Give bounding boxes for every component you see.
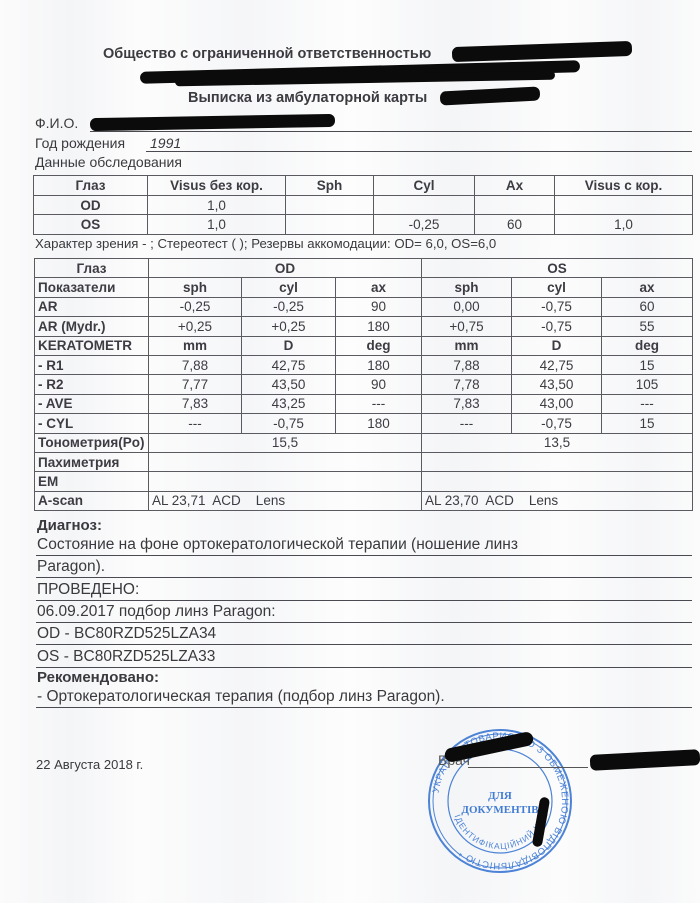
em-row: EM xyxy=(35,472,693,491)
measurement-value: 7,77 xyxy=(149,375,242,394)
organization-prefix: Общество с ограниченной ответственностью xyxy=(103,46,431,62)
measurement-label: AR (Mydr.) xyxy=(35,317,149,336)
measurements-od-label: OD xyxy=(149,259,422,278)
measurements-row: KERATOMETRmmDdegmmDdeg xyxy=(35,336,693,355)
indicators-label: Показатели xyxy=(35,278,149,297)
em-label: EM xyxy=(35,472,149,491)
measurement-label: - R2 xyxy=(35,375,149,394)
measurement-value: --- xyxy=(149,414,242,433)
visus-header-ax: Ax xyxy=(475,176,555,196)
visus-eye-os: OS xyxy=(34,215,148,235)
measurement-value: +0,25 xyxy=(242,317,336,336)
visus-od-corrected xyxy=(555,195,693,215)
measurement-value: 180 xyxy=(336,317,422,336)
measurement-value: -0,75 xyxy=(512,317,602,336)
visus-header-cyl: Cyl xyxy=(374,176,475,196)
measurement-value: --- xyxy=(422,414,512,433)
visus-row-od: OD 1,0 xyxy=(34,195,693,215)
measurement-value: +0,25 xyxy=(149,317,242,336)
visus-header-corrected: Visus с кор. xyxy=(555,176,693,196)
visus-os-ax: 60 xyxy=(475,215,555,235)
name-underline xyxy=(90,131,692,132)
measurement-value: 7,83 xyxy=(149,394,242,413)
measurements-row: - CYL----0,75180----0,7515 xyxy=(35,414,693,433)
tonometry-od: 15,5 xyxy=(149,433,422,452)
tonometry-os: 13,5 xyxy=(422,433,693,452)
measurements-row: AR (Mydr.)+0,25+0,25180+0,75-0,7555 xyxy=(35,317,693,336)
document-title-text: Выписка из амбулаторной карты xyxy=(188,90,427,106)
measurement-value: -0,75 xyxy=(242,414,336,433)
visus-table: Глаз Visus без кор. Sph Cyl Ax Visus с к… xyxy=(33,175,693,235)
measurement-value: -0,25 xyxy=(242,297,336,316)
birth-year-value: 1991 xyxy=(150,135,181,151)
em-os xyxy=(422,472,693,491)
measurements-row: AR-0,25-0,25900,00-0,7560 xyxy=(35,297,693,316)
text-line: - Ортокератологическая терапия (подбор л… xyxy=(36,687,692,708)
measurement-label: KERATOMETR xyxy=(35,336,149,355)
birth-year-underline xyxy=(146,151,692,152)
pachymetry-os xyxy=(422,452,693,471)
measurements-eye-label: Глаз xyxy=(35,259,149,278)
measurement-value: 15 xyxy=(602,355,693,374)
measurement-value: 42,75 xyxy=(242,355,336,374)
measurement-value: -0,75 xyxy=(512,414,602,433)
subheader-os-sph: sph xyxy=(422,278,512,297)
signature-line xyxy=(468,767,588,768)
visus-header-sph: Sph xyxy=(286,176,374,196)
redacted-organization-name xyxy=(452,41,632,62)
measurement-value: 43,25 xyxy=(242,394,336,413)
measurements-os-label: OS xyxy=(422,259,693,278)
visus-header-eye: Глаз xyxy=(34,176,148,196)
text-line: OS - BC80RZD525LZA33 xyxy=(36,647,692,668)
em-od xyxy=(149,472,422,491)
measurements-row: - AVE7,8343,25---7,8343,00--- xyxy=(35,394,693,413)
measurement-value: 0,00 xyxy=(422,297,512,316)
measurement-label: - CYL xyxy=(35,414,149,433)
document-date: 22 Августа 2018 г. xyxy=(36,757,143,772)
measurement-value: 105 xyxy=(602,375,693,394)
visus-od-ax xyxy=(475,195,555,215)
subheader-od-cyl: cyl xyxy=(242,278,336,297)
ascan-row: A-scan AL 23,71 ACD Lens AL 23,70 ACD Le… xyxy=(35,491,693,510)
visus-row-os: OS 1,0 -0,25 60 1,0 xyxy=(34,215,693,235)
subheader-os-cyl: cyl xyxy=(512,278,602,297)
organization-heading: Общество с ограниченной ответственностью xyxy=(103,46,431,62)
visus-od-sph xyxy=(286,195,374,215)
visus-os-sph xyxy=(286,215,374,235)
stamp-center-line2: ДОКУМЕНТІВ xyxy=(461,804,539,816)
measurement-value: 43,50 xyxy=(512,375,602,394)
tonometry-label: Тонометрия(Po) xyxy=(35,433,149,452)
measurement-value: 90 xyxy=(336,297,422,316)
ascan-os: AL 23,70 ACD Lens xyxy=(422,491,693,510)
tonometry-row: Тонометрия(Po) 15,5 13,5 xyxy=(35,433,693,452)
redacted-patient-name xyxy=(90,114,335,131)
measurement-value: 7,83 xyxy=(422,394,512,413)
visus-header-uncorrected: Visus без кор. xyxy=(148,176,286,196)
measurement-value: 90 xyxy=(336,375,422,394)
measurement-value: 43,00 xyxy=(512,394,602,413)
subheader-od-sph: sph xyxy=(149,278,242,297)
text-line: 06.09.2017 подбор линз Paragon: xyxy=(36,602,692,623)
visus-od-uncorrected: 1,0 xyxy=(148,195,286,215)
visus-od-cyl xyxy=(374,195,475,215)
birth-year-label: Год рождения xyxy=(35,135,125,151)
redacted-doctor-name xyxy=(590,749,700,771)
visus-os-uncorrected: 1,0 xyxy=(148,215,286,235)
measurement-value: -0,25 xyxy=(149,297,242,316)
visus-header-row: Глаз Visus без кор. Sph Cyl Ax Visus с к… xyxy=(34,176,693,196)
visus-os-corrected: 1,0 xyxy=(555,215,693,235)
ascan-label: A-scan xyxy=(35,491,149,510)
ascan-od: AL 23,71 ACD Lens xyxy=(149,491,422,510)
measurements-row: - R17,8842,751807,8842,7515 xyxy=(35,355,693,374)
text-line: Состояние на фоне ортокератологической т… xyxy=(36,535,692,556)
pachymetry-od xyxy=(149,452,422,471)
measurement-value: +0,75 xyxy=(422,317,512,336)
measurement-value: 7,78 xyxy=(422,375,512,394)
measurement-value: 55 xyxy=(602,317,693,336)
measurement-value: 60 xyxy=(602,297,693,316)
document-title: Выписка из амбулаторной карты xyxy=(188,90,427,106)
recommendation-heading: Рекомендовано: xyxy=(37,669,159,686)
measurement-label: - R1 xyxy=(35,355,149,374)
measurements-eye-row: Глаз OD OS xyxy=(35,259,693,278)
measurement-label: AR xyxy=(35,297,149,316)
text-line: Paragon). xyxy=(36,557,692,578)
text-line: ПРОВЕДЕНО: xyxy=(36,580,692,601)
text-line: OD - BC80RZD525LZA34 xyxy=(36,624,692,645)
measurement-value: deg xyxy=(336,336,422,355)
measurement-value: --- xyxy=(336,394,422,413)
subheader-od-ax: ax xyxy=(336,278,422,297)
measurement-value: -0,75 xyxy=(512,297,602,316)
measurement-value: 15 xyxy=(602,414,693,433)
measurement-value: 180 xyxy=(336,414,422,433)
stamp-center-line1: ДЛЯ xyxy=(488,790,512,802)
pachymetry-label: Пахиметрия xyxy=(35,452,149,471)
name-label: Ф.И.О. xyxy=(35,115,78,131)
measurements-row: - R27,7743,50907,7843,50105 xyxy=(35,375,693,394)
diagnosis-heading: Диагноз: xyxy=(37,517,102,534)
measurement-value: 43,50 xyxy=(242,375,336,394)
measurement-value: 180 xyxy=(336,355,422,374)
pachymetry-row: Пахиметрия xyxy=(35,452,693,471)
measurement-value: 42,75 xyxy=(512,355,602,374)
measurement-value: D xyxy=(512,336,602,355)
redacted-card-number xyxy=(440,86,541,105)
measurement-value: 7,88 xyxy=(422,355,512,374)
exam-data-label: Данные обследования xyxy=(35,154,182,170)
measurement-value: --- xyxy=(602,394,693,413)
visus-os-cyl: -0,25 xyxy=(374,215,475,235)
measurement-label: - AVE xyxy=(35,394,149,413)
measurements-subheader-row: Показатели sph cyl ax sph cyl ax xyxy=(35,278,693,297)
measurements-table: Глаз OD OS Показатели sph cyl ax sph cyl… xyxy=(34,258,693,511)
measurement-value: mm xyxy=(149,336,242,355)
measurement-value: D xyxy=(242,336,336,355)
measurement-value: deg xyxy=(602,336,693,355)
measurement-value: mm xyxy=(422,336,512,355)
visus-eye-od: OD xyxy=(34,195,148,215)
vision-note: Характер зрения - ; Стереотест ( ); Резе… xyxy=(35,236,496,251)
measurement-value: 7,88 xyxy=(149,355,242,374)
subheader-os-ax: ax xyxy=(602,278,693,297)
